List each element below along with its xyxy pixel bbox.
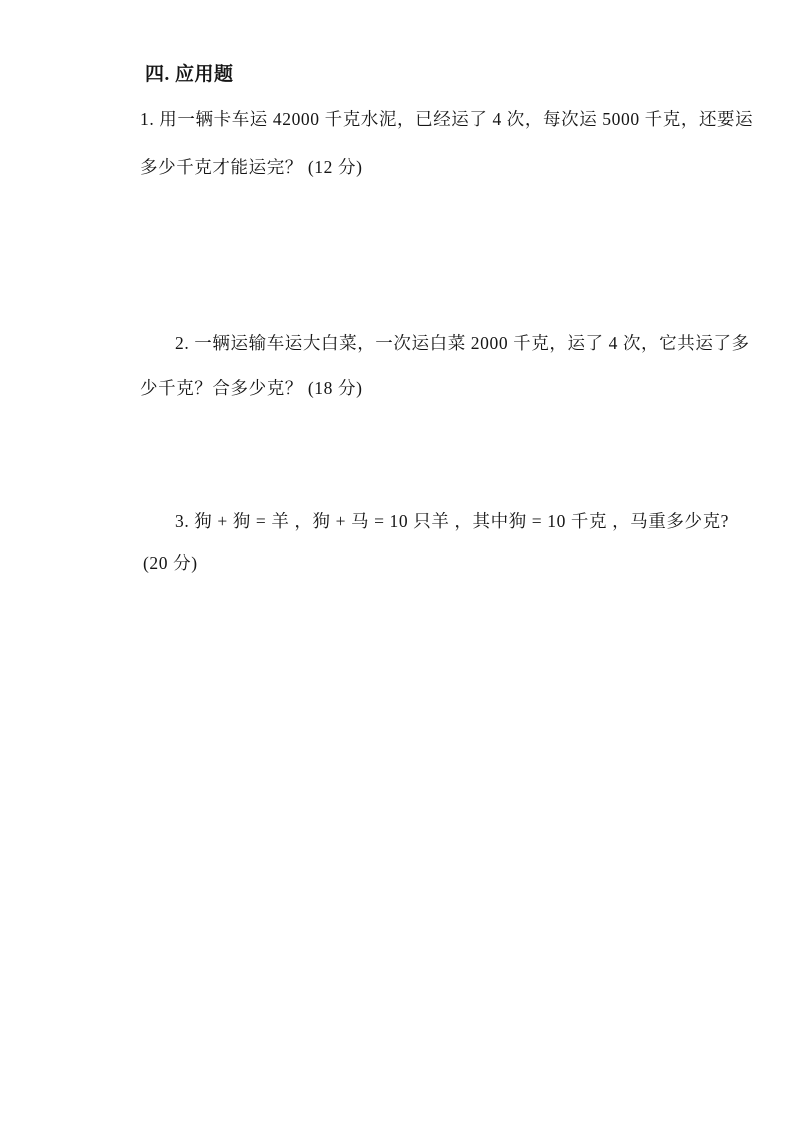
- question-3-line-1: 3. 狗 + 狗 = 羊 ，狗 + 马 = 10 只羊 ，其中狗 = 10 千克…: [175, 509, 729, 533]
- section-heading: 四. 应用题: [145, 59, 234, 86]
- worksheet-page: 四. 应用题 1. 用一辆卡车运 42000 千克水泥，已经运了 4 次，每次运…: [0, 0, 793, 1122]
- question-2-line-2: 少千克？合多少克？ (18 分): [140, 376, 363, 400]
- question-3-line-2: (20 分): [143, 551, 198, 575]
- question-1-line-1: 1. 用一辆卡车运 42000 千克水泥，已经运了 4 次，每次运 5000 千…: [140, 107, 753, 131]
- question-1-line-2: 多少千克才能运完？ (12 分): [140, 155, 363, 179]
- question-2-line-1: 2. 一辆运输车运大白菜，一次运白菜 2000 千克，运了 4 次，它共运了多: [175, 331, 750, 355]
